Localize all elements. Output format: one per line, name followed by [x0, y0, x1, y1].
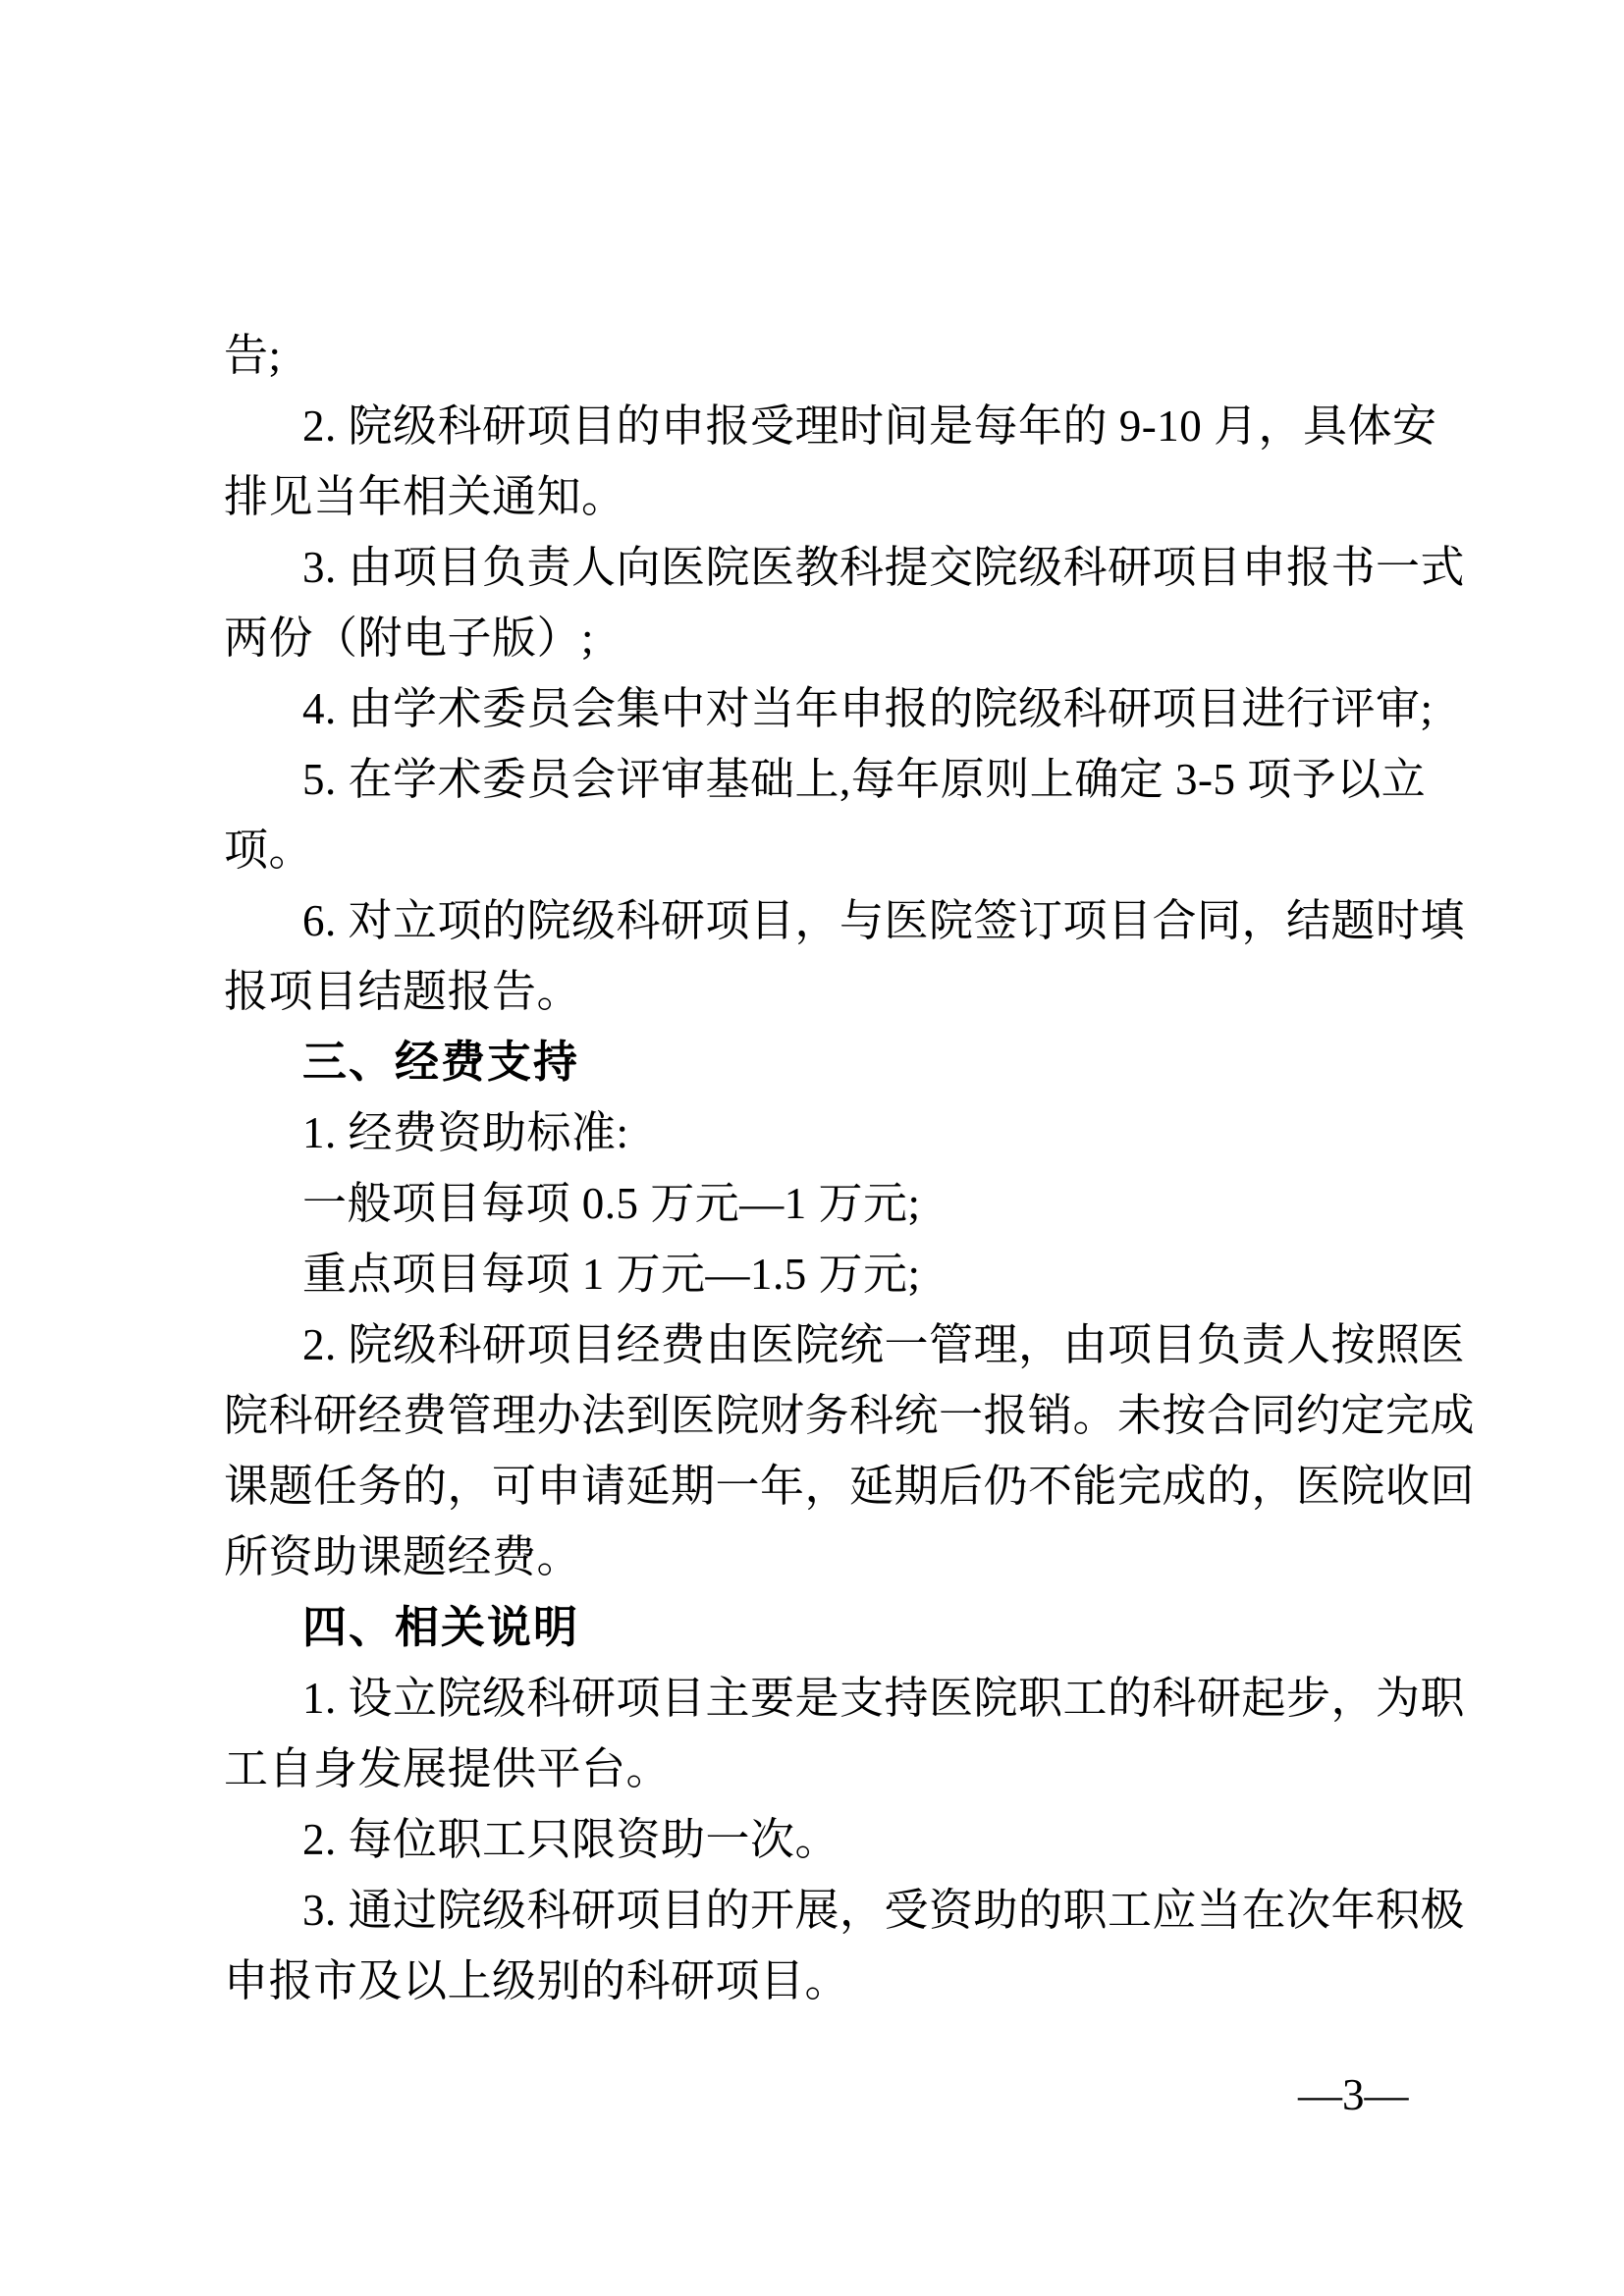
note3-higher-level-projects-line1: 3. 通过院级科研项目的开展，受资助的职工应当在次年积极: [224, 1875, 1469, 1946]
funding-general-project-line: 一般项目每项 0.5 万元—1 万元;: [224, 1168, 1469, 1239]
funding-item1-standard-line: 1. 经费资助标准:: [224, 1097, 1469, 1168]
item5-approved-count-line2: 项。: [224, 815, 1469, 885]
item6-contract-line2: 报项目结题报告。: [224, 956, 1469, 1027]
funding-item2-management-line1: 2. 院级科研项目经费由医院统一管理，由项目负责人按照医: [224, 1309, 1469, 1380]
item6-contract-line1: 6. 对立项的院级科研项目，与医院签订项目合同，结题时填: [224, 885, 1469, 956]
note1-purpose-line2: 工自身发展提供平台。: [224, 1734, 1469, 1804]
paragraph-continuation-line: 告;: [224, 320, 1469, 391]
funding-key-project-line: 重点项目每项 1 万元—1.5 万元;: [224, 1239, 1469, 1309]
note1-purpose-line1: 1. 设立院级科研项目主要是支持医院职工的科研起步，为职: [224, 1663, 1469, 1734]
item2-application-period-line1: 2. 院级科研项目的申报受理时间是每年的 9-10 月，具体安: [224, 391, 1469, 461]
item4-committee-review-line: 4. 由学术委员会集中对当年申报的院级科研项目进行评审;: [224, 673, 1469, 744]
document-body: 告; 2. 院级科研项目的申报受理时间是每年的 9-10 月，具体安 排见当年相…: [224, 320, 1469, 2016]
funding-item2-management-line3: 课题任务的，可申请延期一年，延期后仍不能完成的，医院收回: [224, 1451, 1469, 1522]
document-page: 告; 2. 院级科研项目的申报受理时间是每年的 9-10 月，具体安 排见当年相…: [0, 0, 1624, 2296]
item3-submit-application-line2: 两份（附电子版）;: [224, 603, 1469, 673]
note3-higher-level-projects-line2: 申报市及以上级别的科研项目。: [224, 1946, 1469, 2016]
item2-application-period-line2: 排见当年相关通知。: [224, 461, 1469, 532]
funding-item2-management-line4: 所资助课题经费。: [224, 1522, 1469, 1592]
page-number: —3—: [1298, 2069, 1409, 2120]
item3-submit-application-line1: 3. 由项目负责人向医院医教科提交院级科研项目申报书一式: [224, 532, 1469, 603]
section-heading-related-notes: 四、相关说明: [224, 1592, 1469, 1663]
funding-item2-management-line2: 院科研经费管理办法到医院财务科统一报销。未按合同约定完成: [224, 1380, 1469, 1451]
item5-approved-count-line1: 5. 在学术委员会评审基础上,每年原则上确定 3-5 项予以立: [224, 744, 1469, 815]
note2-once-per-employee-line: 2. 每位职工只限资助一次。: [224, 1804, 1469, 1875]
section-heading-funding-support: 三、经费支持: [224, 1027, 1469, 1097]
